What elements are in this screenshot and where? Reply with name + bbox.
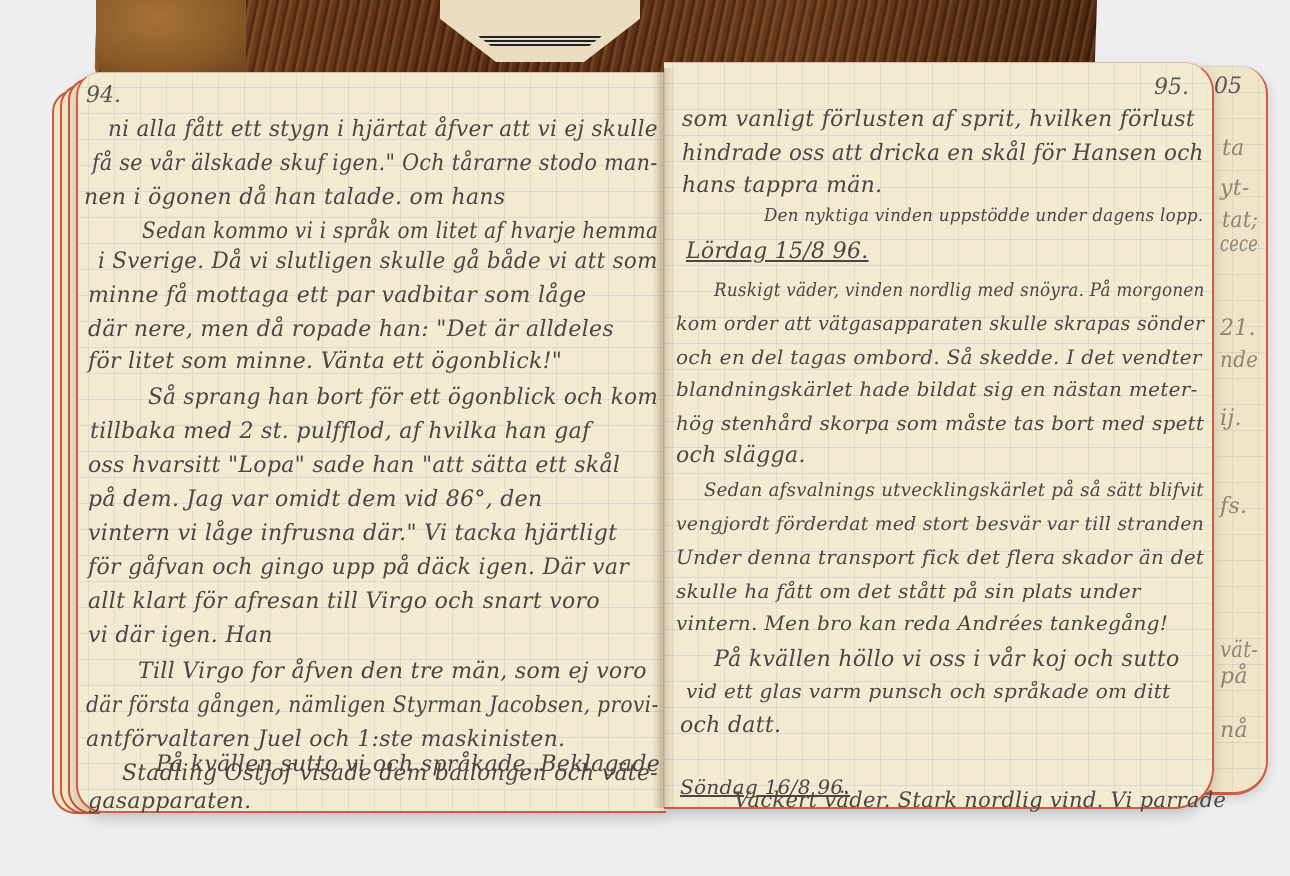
- handwritten-line: och en del tagas ombord. Så skedde. I de…: [676, 345, 1202, 369]
- fragment: vät-: [1220, 638, 1258, 663]
- handwritten-line: vi där igen. Han: [88, 623, 273, 648]
- handwritten-line: På kvällen sutto vi och språkade. Beklag…: [156, 752, 660, 777]
- handwritten-line: hög stenhård skorpa som måste tas bort m…: [676, 411, 1204, 435]
- handwritten-line: oss hvarsitt "Lopa" sade han "att sätta …: [88, 453, 620, 478]
- handwritten-line: Under denna transport fick det flera ska…: [676, 545, 1204, 569]
- handwritten-line: antförvaltaren Juel och 1:ste maskiniste…: [86, 727, 565, 752]
- fragment: på: [1220, 664, 1248, 689]
- fragment: nde: [1220, 348, 1258, 373]
- fragment: nå: [1220, 718, 1248, 743]
- handwritten-line: vintern vi låge infrusna där." Vi tacka …: [88, 521, 617, 546]
- photo-scene: 105 ta yt- tat; cece 21. nde ij. fs. vät…: [0, 0, 1290, 876]
- handwritten-line: hindrade oss att dricka en skål för Hans…: [682, 141, 1204, 166]
- handwritten-line: Sedan afsvalnings utvecklingskärlet på s…: [704, 479, 1204, 501]
- handwritten-line: Ruskigt väder, vinden nordlig med snöyra…: [714, 279, 1205, 301]
- left-page: 94. ni alla fått ett stygn i hjärtat åfv…: [76, 72, 666, 813]
- handwritten-line: På kvällen höllo vi oss i vår koj och su…: [714, 647, 1180, 672]
- handwritten-line: där första gången, nämligen Styrman Jaco…: [86, 693, 659, 718]
- handwritten-line: minne få mottaga ett par vadbitar som lå…: [88, 283, 586, 308]
- handwritten-line: Vackert väder. Stark nordlig vind. Vi pa…: [734, 788, 1226, 812]
- handwritten-line: tillbaka med 2 st. pulfflod, af hvilka h…: [90, 419, 591, 444]
- handwritten-line: vengjordt förderdat med stort besvär var…: [676, 513, 1204, 535]
- handwritten-line: allt klart för afresan till Virgo och sn…: [88, 589, 600, 614]
- handwritten-line: som vanligt förlusten af sprit, hvilken …: [682, 107, 1195, 132]
- handwritten-line: för gåfvan och gingo upp på däck igen. D…: [88, 555, 629, 580]
- handwritten-line: ni alla fått ett stygn i hjärtat åfver a…: [108, 117, 658, 142]
- fragment: cece: [1220, 232, 1258, 257]
- handwritten-line: få se vår älskade skuf igen." Och tårarn…: [92, 151, 658, 176]
- handwritten-line: hans tappra män.: [682, 173, 882, 198]
- handwritten-line: och slägga.: [676, 443, 806, 468]
- fragment: ij.: [1220, 406, 1242, 431]
- fragment: yt-: [1220, 176, 1250, 201]
- handwritten-line: Sedan kommo vi i språk om litet af hvarj…: [142, 219, 658, 244]
- date-heading: Lördag 15/8 96.: [686, 239, 869, 264]
- right-page: 95. som vanligt förlusten af sprit, hvil…: [664, 62, 1214, 809]
- handwritten-line: kom order att vätgasapparaten skulle skr…: [676, 311, 1204, 335]
- handwritten-line: gasapparaten.: [88, 789, 251, 814]
- right-page-number: 95.: [1154, 75, 1189, 100]
- handwritten-line: Den nyktiga vinden uppstödde under dagen…: [764, 205, 1203, 226]
- left-page-number: 94.: [86, 83, 121, 108]
- handwritten-line: där nere, men då ropade han: "Det är all…: [88, 317, 614, 342]
- handwritten-line: i Sverige. Då vi slutligen skulle gå båd…: [98, 249, 658, 274]
- handwritten-line: nen i ögonen då han talade. om hans: [84, 185, 506, 210]
- handwritten-line: vintern. Men bro kan reda Andrées tankeg…: [676, 611, 1168, 635]
- handwritten-line: och datt.: [680, 713, 781, 738]
- fragment: 21.: [1220, 316, 1256, 341]
- handwritten-line: Till Virgo for åfven den tre män, som ej…: [138, 659, 647, 684]
- handwritten-line: på dem. Jag var omidt dem vid 86°, den: [88, 487, 542, 512]
- fragment: ta: [1222, 136, 1245, 161]
- fragment: fs.: [1220, 494, 1247, 519]
- handwritten-line: vid ett glas varm punsch och språkade om…: [686, 679, 1170, 703]
- handwritten-line: för litet som minne. Vänta ett ögonblick…: [88, 349, 562, 374]
- fragment: tat;: [1222, 208, 1258, 233]
- book-spine-cloth: [96, 0, 246, 75]
- handwritten-line: skulle ha fått om det stått på sin plats…: [676, 579, 1141, 603]
- handwritten-line: blandningskärlet hade bildat sig en näst…: [676, 377, 1198, 401]
- handwritten-line: Så sprang han bort för ett ögonblick och…: [148, 385, 658, 410]
- book-gutter: [652, 68, 676, 808]
